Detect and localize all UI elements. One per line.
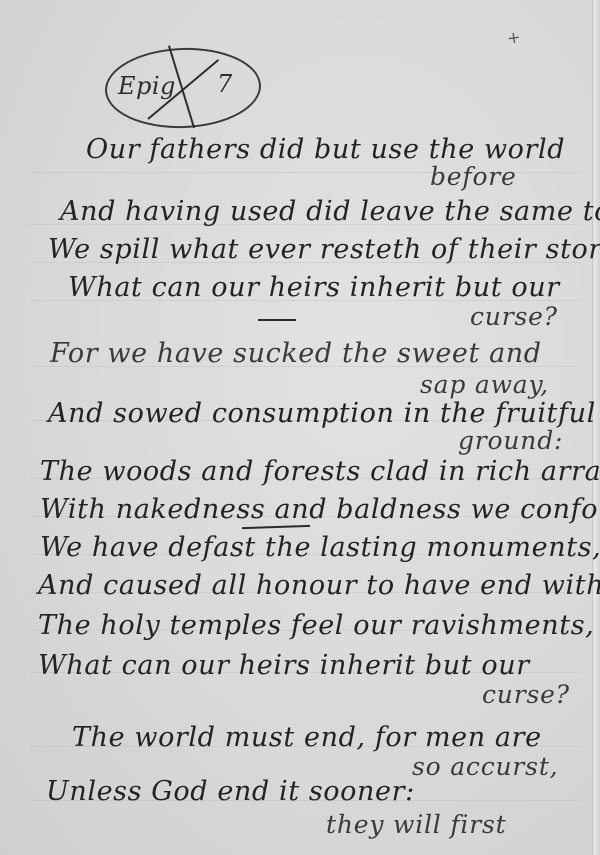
poem-line-continuation: curse? [482, 680, 570, 709]
poem-line: The world must end, for men are [72, 722, 542, 753]
word-overline-mark [242, 525, 310, 529]
poem-line: And sowed consumption in the fruitful [48, 398, 596, 429]
label-number: 7 [217, 70, 232, 98]
poem-line-continuation: so accurst, [412, 752, 558, 781]
poem-line: We have defast the lasting monuments, [40, 532, 600, 563]
poem-line: Our fathers did but use the world [86, 134, 565, 165]
poem-line-continuation: sap away, [420, 370, 549, 399]
poem-line: For we have sucked the sweet and [50, 338, 542, 369]
manuscript-page: + Epig 7 Our fathers did but use the wor… [0, 0, 600, 855]
poem-line: The woods and forests clad in rich array… [40, 456, 600, 487]
poem-line-continuation: before [430, 162, 517, 191]
poem-line: And having used did leave the same to us… [60, 196, 600, 227]
stanza-divider [258, 319, 296, 321]
poem-line: With nakedness and baldness we confound, [40, 494, 600, 525]
poem-line-continuation: they will first [326, 810, 506, 839]
poem-line: And caused all honour to have end with u… [38, 570, 600, 601]
poem-line: What can our heirs inherit but our [68, 272, 560, 303]
label-text: Epig [118, 72, 176, 100]
poem-line-continuation: ground: [458, 426, 563, 455]
poem-line: What can our heirs inherit but our [38, 650, 530, 681]
poem-line: The holy temples feel our ravishments, [38, 610, 594, 641]
corner-plus-mark: + [506, 27, 522, 48]
poem-line: We spill what ever resteth of their stor… [48, 234, 600, 265]
poem-line-continuation: curse? [470, 302, 558, 331]
poem-line: Unless God end it sooner: [46, 776, 415, 807]
